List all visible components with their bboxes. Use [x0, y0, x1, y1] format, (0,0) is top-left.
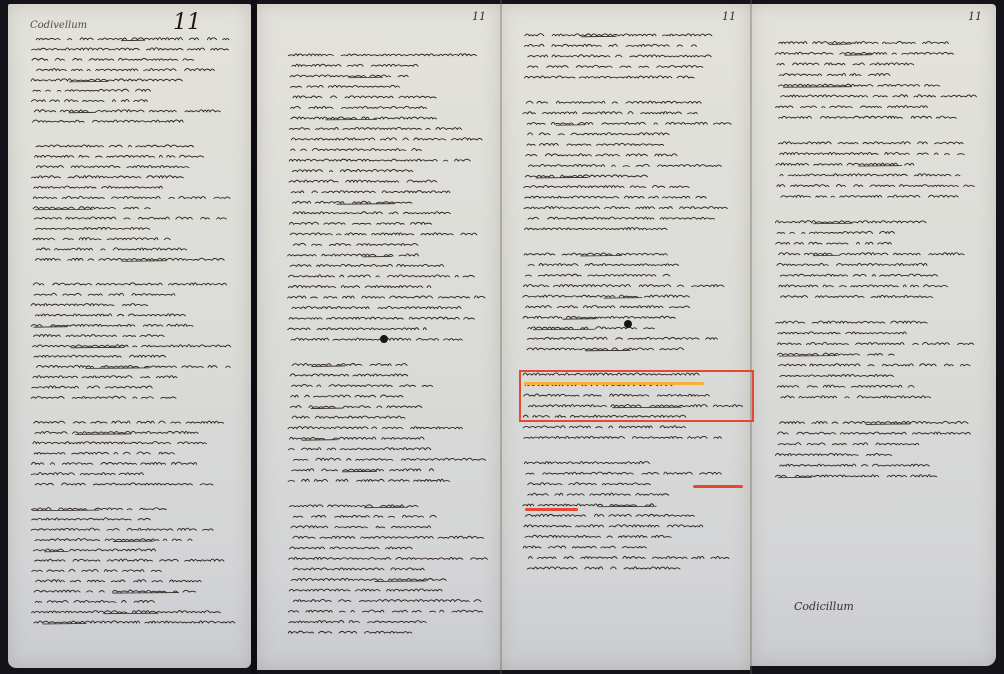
highlight-box	[519, 370, 754, 422]
handwritten-text	[500, 4, 750, 670]
red-underline	[525, 508, 578, 511]
ink-blot	[624, 320, 632, 328]
page-fold	[750, 0, 752, 674]
folio-1: Codivellum 11	[8, 4, 251, 668]
page-fold	[500, 0, 502, 674]
handwritten-text	[8, 4, 251, 668]
handwritten-text	[750, 4, 996, 666]
folio-3: 11	[500, 4, 750, 670]
yellow-underline	[524, 382, 704, 385]
red-underline	[693, 485, 743, 488]
handwritten-text	[257, 4, 500, 670]
ink-blot	[380, 335, 388, 343]
folio-2: 11	[257, 4, 500, 670]
closing-mark: Codicillum	[794, 600, 854, 613]
folio-4: 11 Codicillum	[750, 4, 996, 666]
